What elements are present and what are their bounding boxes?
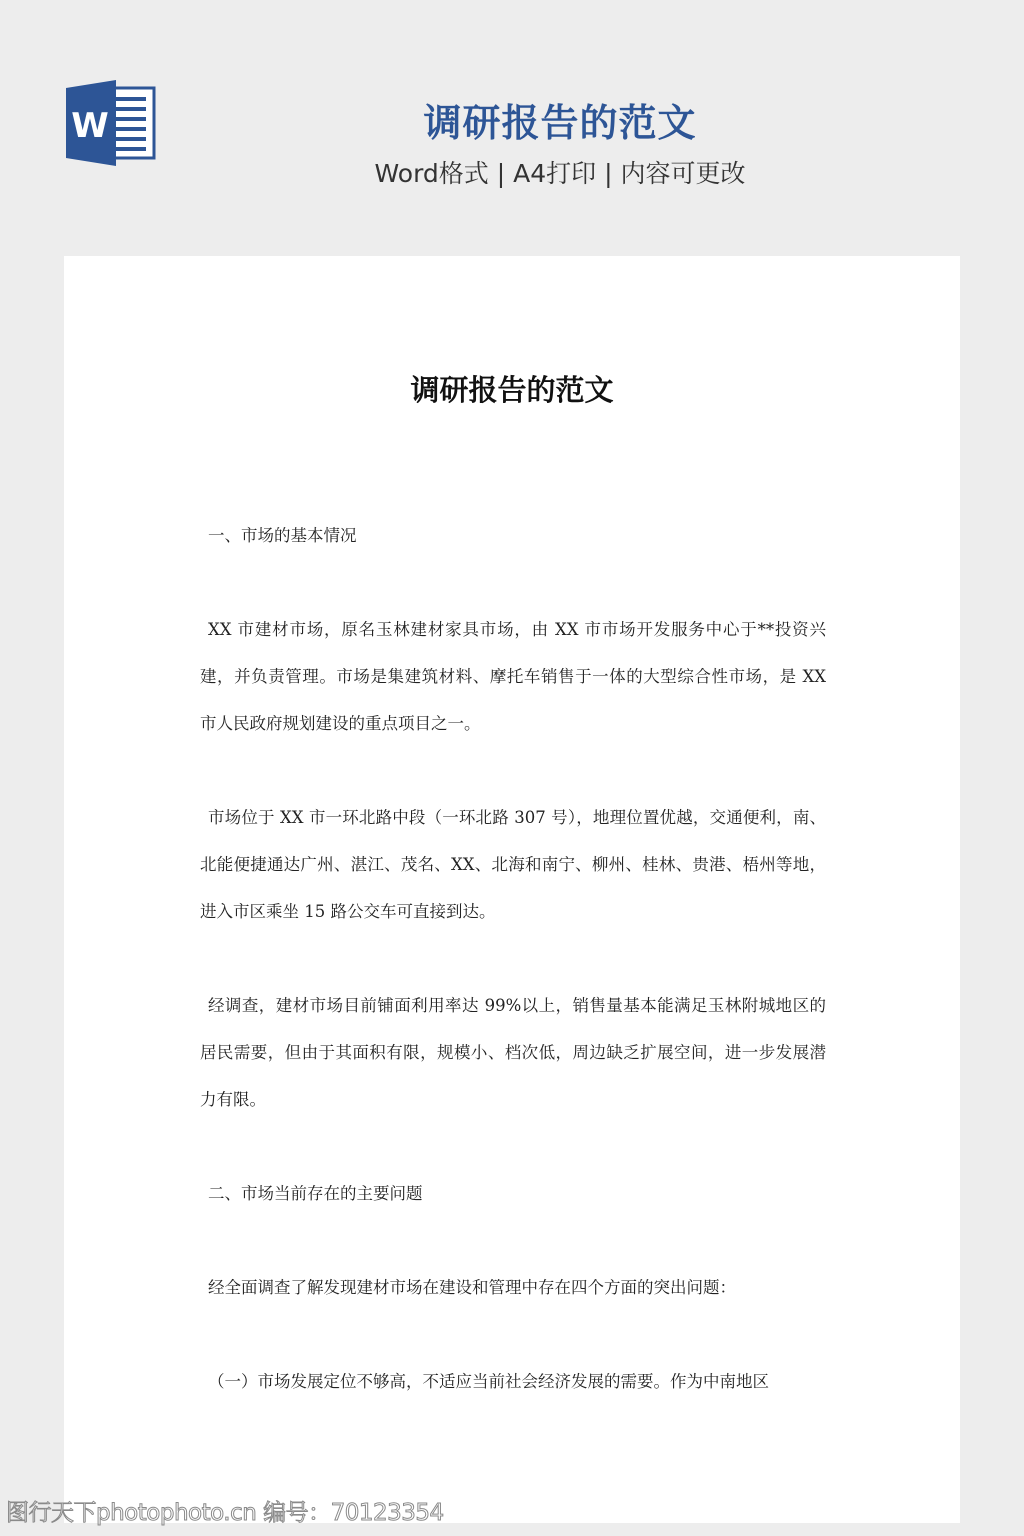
paragraph-5: （一）市场发展定位不够高，不适应当前社会经济发展的需要。作为中南地区 xyxy=(200,1358,826,1405)
page-header: W 调研报告的范文 Word格式 | A4打印 | 内容可更改 xyxy=(0,0,1024,256)
spacer xyxy=(200,935,826,982)
paragraph-2: 市场位于 XX 市一环北路中段（一环北路 307 号），地理位置优越，交通便利，… xyxy=(200,794,826,935)
spacer xyxy=(200,559,826,606)
paragraph-4: 经全面调查了解发现建材市场在建设和管理中存在四个方面的突出问题： xyxy=(200,1264,826,1311)
spacer xyxy=(200,1217,826,1264)
document-title: 调研报告的范文 xyxy=(64,368,960,409)
paragraph-3: 经调查，建材市场目前铺面利用率达 99%以上，销售量基本能满足玉林附城地区的居民… xyxy=(200,982,826,1123)
word-document-icon: W xyxy=(64,80,156,166)
svg-text:W: W xyxy=(71,106,109,146)
document-page: 调研报告的范文 一、市场的基本情况 XX 市建材市场，原名玉林建材家具市场，由 … xyxy=(64,256,960,1523)
document-body: 一、市场的基本情况 XX 市建材市场，原名玉林建材家具市场，由 XX 市市场开发… xyxy=(200,512,826,1405)
section-heading-1: 一、市场的基本情况 xyxy=(200,512,826,559)
header-title: 调研报告的范文 xyxy=(300,92,820,147)
watermark-text: 图行天下photophoto.cn 编号：70123354 xyxy=(6,1494,444,1527)
paragraph-1: XX 市建材市场，原名玉林建材家具市场，由 XX 市市场开发服务中心于**投资兴… xyxy=(200,606,826,747)
header-subtitle: Word格式 | A4打印 | 内容可更改 xyxy=(300,154,820,190)
section-heading-2: 二、市场当前存在的主要问题 xyxy=(200,1170,826,1217)
spacer xyxy=(200,1311,826,1358)
spacer xyxy=(200,1123,826,1170)
spacer xyxy=(200,747,826,794)
